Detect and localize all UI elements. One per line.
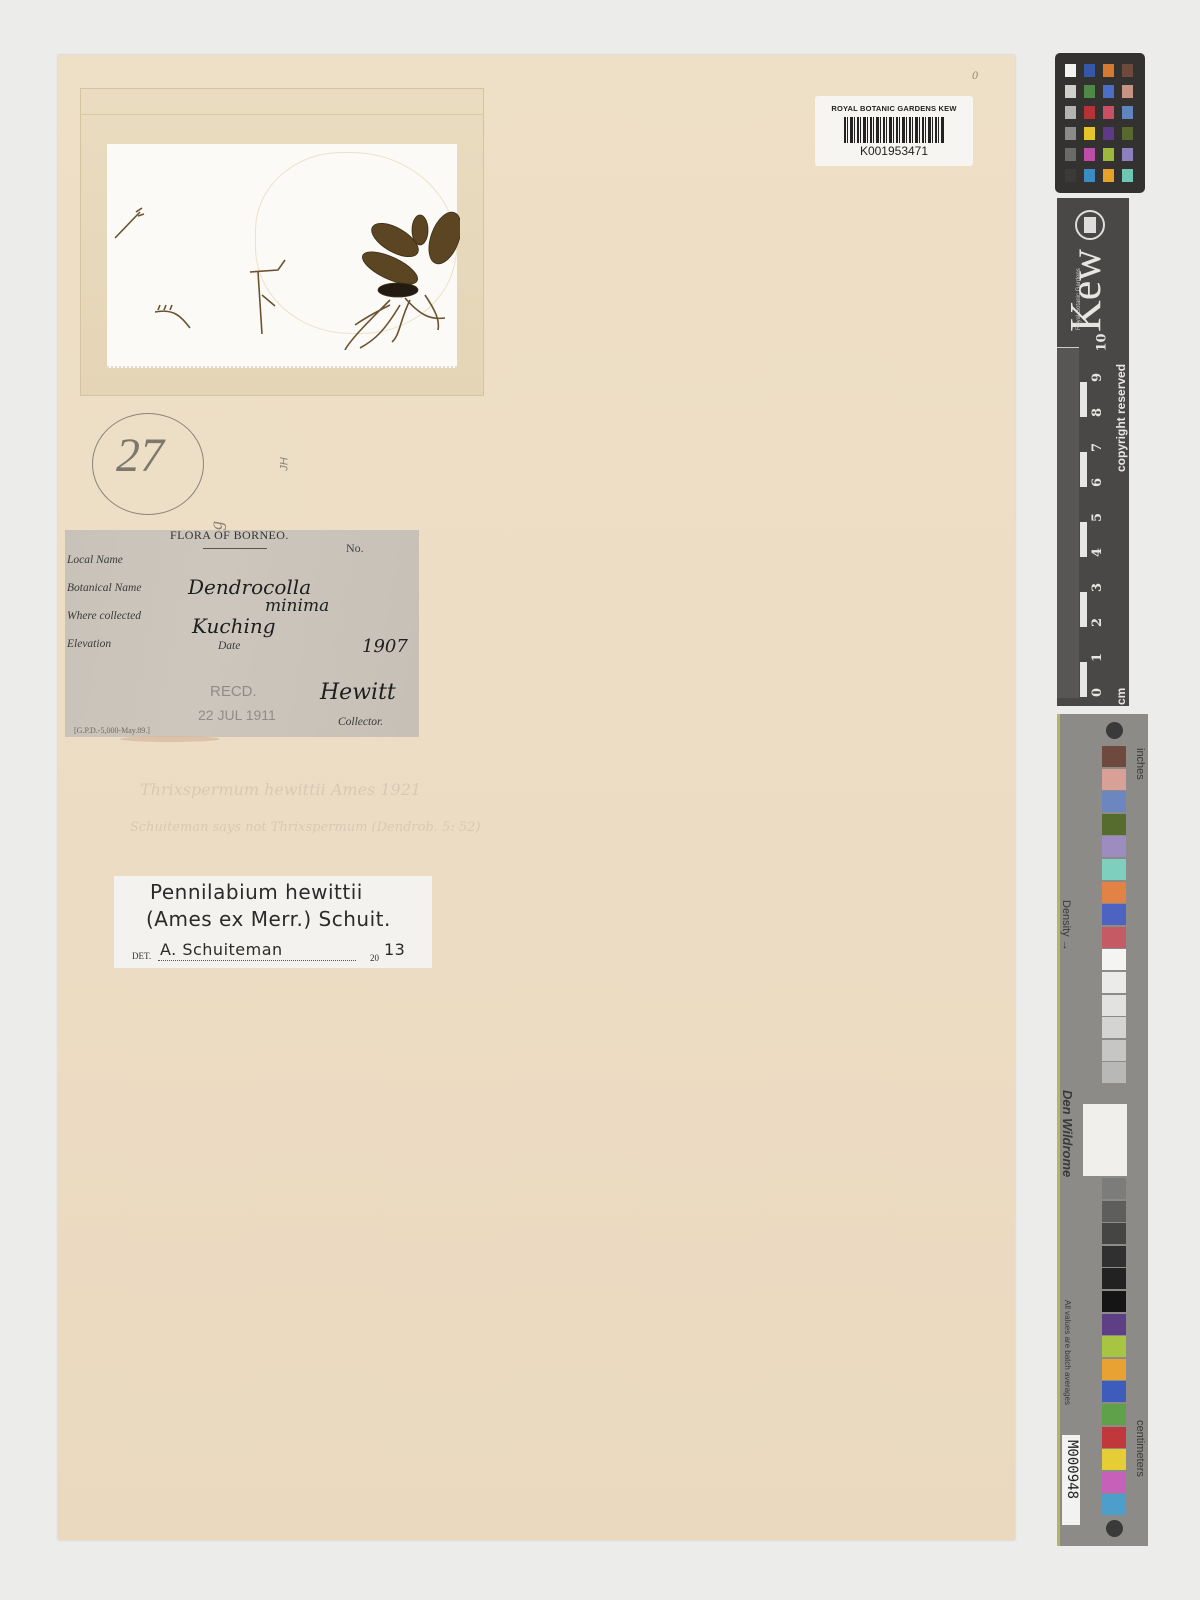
date-label: Date	[218, 640, 240, 652]
colour-chip	[1103, 85, 1114, 98]
colour-patch	[1102, 949, 1126, 970]
received-stamp-date: 22 JUL 1911	[198, 707, 276, 723]
faint-annotation-2: Schuiteman says not Thrixspermum (Dendro…	[130, 820, 480, 835]
colour-patch	[1102, 859, 1126, 880]
cm-tick-label: 0	[1090, 688, 1105, 697]
barcode-icon	[844, 117, 944, 143]
cm-tick-label: 8	[1090, 408, 1105, 417]
cm-block-alt	[1080, 347, 1087, 382]
colour-patch	[1102, 1404, 1126, 1425]
colour-patch	[1102, 746, 1126, 767]
cm-block-alt	[1080, 592, 1087, 627]
cm-block-alt	[1080, 522, 1087, 557]
cm-block	[1057, 347, 1079, 383]
colour-chip	[1103, 106, 1114, 119]
colour-chip	[1084, 127, 1095, 140]
cm-tick-label: 1	[1090, 653, 1105, 662]
colour-chip	[1122, 64, 1133, 77]
colour-patch	[1102, 1314, 1126, 1335]
year-prefix: 20	[370, 953, 379, 963]
colour-patch	[1102, 904, 1126, 925]
colour-patch	[1102, 927, 1126, 948]
cm-block-alt	[1080, 382, 1087, 417]
colour-patch	[1102, 814, 1126, 835]
colour-patch	[1102, 769, 1126, 790]
colour-chip	[1065, 127, 1076, 140]
date-value: 1907	[362, 636, 408, 657]
cm-block-alt	[1080, 487, 1087, 522]
sheet-corner-mark: 0	[972, 68, 978, 83]
unit-cm: cm	[1114, 688, 1128, 705]
cm-block	[1057, 557, 1079, 593]
cm-tick-label: 7	[1090, 443, 1105, 452]
colour-patch	[1102, 1336, 1126, 1357]
packet-fold	[80, 88, 484, 115]
cm-block	[1057, 487, 1079, 523]
colour-chip	[1122, 169, 1133, 182]
institution-name: ROYAL BOTANIC GARDENS KEW	[815, 104, 973, 113]
label-title: FLORA OF BORNEO.	[170, 528, 289, 543]
colour-patch	[1102, 882, 1126, 903]
card-hole-bottom	[1106, 1520, 1123, 1537]
cm-tick-label: 6	[1090, 478, 1105, 487]
cm-block	[1057, 592, 1079, 628]
card-brand: Den Wildrome	[1060, 1090, 1075, 1177]
cm-tick-label: 2	[1090, 618, 1105, 627]
unit-centimeters: centimeters	[1134, 1420, 1146, 1477]
cm-block-alt	[1080, 627, 1087, 662]
colour-patch	[1102, 995, 1126, 1016]
colour-patch	[1102, 972, 1126, 993]
barcode-label: ROYAL BOTANIC GARDENS KEW K001953471	[815, 96, 973, 166]
colour-patch	[1102, 1040, 1126, 1061]
colour-chip	[1065, 106, 1076, 119]
colour-patch	[1102, 1472, 1126, 1493]
cm-tick-label: 10	[1095, 333, 1110, 351]
colour-chip	[1103, 64, 1114, 77]
copyright-text: copyright reserved	[1114, 364, 1128, 472]
resolution-target	[1083, 1104, 1127, 1176]
colour-chip	[1065, 169, 1076, 182]
field-number: 27	[116, 428, 164, 483]
botanical-name-label: Botanical Name	[67, 582, 141, 594]
cm-block	[1057, 452, 1079, 488]
cm-block	[1057, 522, 1079, 558]
title-underline	[203, 548, 267, 549]
colour-patch	[1102, 1427, 1126, 1448]
cm-block-alt	[1080, 452, 1087, 487]
colour-chip	[1122, 106, 1133, 119]
colour-patch	[1102, 1201, 1126, 1222]
faint-annotation-1: Thrixspermum hewittii Ames 1921	[140, 780, 421, 799]
colour-checker	[1055, 53, 1145, 193]
colour-chip	[1084, 169, 1095, 182]
colour-chip	[1084, 106, 1095, 119]
orchid-specimen-icon	[100, 200, 460, 350]
colour-patch	[1102, 1223, 1126, 1244]
determiner-name: A. Schuiteman	[160, 940, 283, 959]
colour-patch	[1102, 1178, 1126, 1199]
cm-block-alt	[1080, 557, 1087, 592]
card-id: M000948	[1064, 1440, 1080, 1499]
colour-patch	[1102, 1017, 1126, 1038]
cm-block-alt	[1080, 417, 1087, 452]
elevation-label: Elevation	[67, 638, 111, 650]
cm-tick-label: 9	[1090, 373, 1105, 382]
colour-patch	[1102, 1246, 1126, 1267]
colour-chip	[1084, 148, 1095, 161]
det-name-line2: (Ames ex Merr.) Schuit.	[146, 907, 391, 931]
colour-patch	[1102, 791, 1126, 812]
where-collected-label: Where collected	[67, 610, 141, 622]
det-name-line1: Pennilabium hewittii	[150, 880, 363, 904]
colour-chip	[1065, 148, 1076, 161]
number-field-label: No.	[346, 541, 364, 556]
label-print-code: [G.P.D.-5,000-May.89.]	[74, 726, 150, 735]
botanical-name-value-line2: minima	[265, 596, 329, 616]
collector-value: Hewitt	[320, 680, 396, 705]
colour-patch	[1102, 836, 1126, 857]
unit-inches: inches	[1134, 748, 1146, 780]
colour-patch	[1102, 1359, 1126, 1380]
card-note: All values are batch averages	[1063, 1300, 1072, 1405]
pencil-initials: JH	[279, 457, 291, 470]
colour-chip	[1065, 64, 1076, 77]
density-label: Density →	[1060, 900, 1072, 951]
colour-chip	[1084, 64, 1095, 77]
royal-crest-icon	[1073, 205, 1107, 245]
colour-chip	[1103, 169, 1114, 182]
cm-tick-label: 5	[1090, 513, 1105, 522]
card-hole-top	[1106, 722, 1123, 739]
colour-patch	[1102, 1062, 1126, 1083]
local-name-label: Local Name	[67, 554, 123, 566]
colour-chip	[1122, 85, 1133, 98]
cm-tick-label: 3	[1090, 583, 1105, 592]
determiner-line	[158, 960, 356, 961]
where-collected-value: Kuching	[192, 614, 276, 638]
colour-patch	[1102, 1449, 1126, 1470]
kew-logo: Kew	[1060, 249, 1111, 332]
colour-chip	[1122, 127, 1133, 140]
colour-chip	[1103, 148, 1114, 161]
cm-block	[1057, 382, 1079, 418]
cm-block	[1057, 662, 1079, 698]
det-prefix: DET.	[132, 951, 151, 961]
colour-patch	[1102, 1494, 1126, 1515]
colour-chip	[1065, 85, 1076, 98]
cm-block-alt	[1080, 662, 1087, 697]
cm-tick-label: 4	[1090, 548, 1105, 557]
colour-chip	[1103, 127, 1114, 140]
collector-label: Collector.	[338, 716, 383, 728]
stain-mark	[120, 736, 220, 742]
colour-chip	[1122, 148, 1133, 161]
colour-patch	[1102, 1291, 1126, 1312]
kew-sub-logo: Royal Botanic Gardens	[1076, 268, 1082, 330]
colour-patch	[1102, 1268, 1126, 1289]
det-year: 13	[384, 940, 405, 959]
colour-patch	[1102, 1381, 1126, 1402]
colour-chip	[1084, 85, 1095, 98]
barcode-number: K001953471	[815, 144, 973, 158]
cm-block	[1057, 627, 1079, 663]
received-stamp: RECD.	[210, 683, 257, 700]
cm-block	[1057, 417, 1079, 453]
